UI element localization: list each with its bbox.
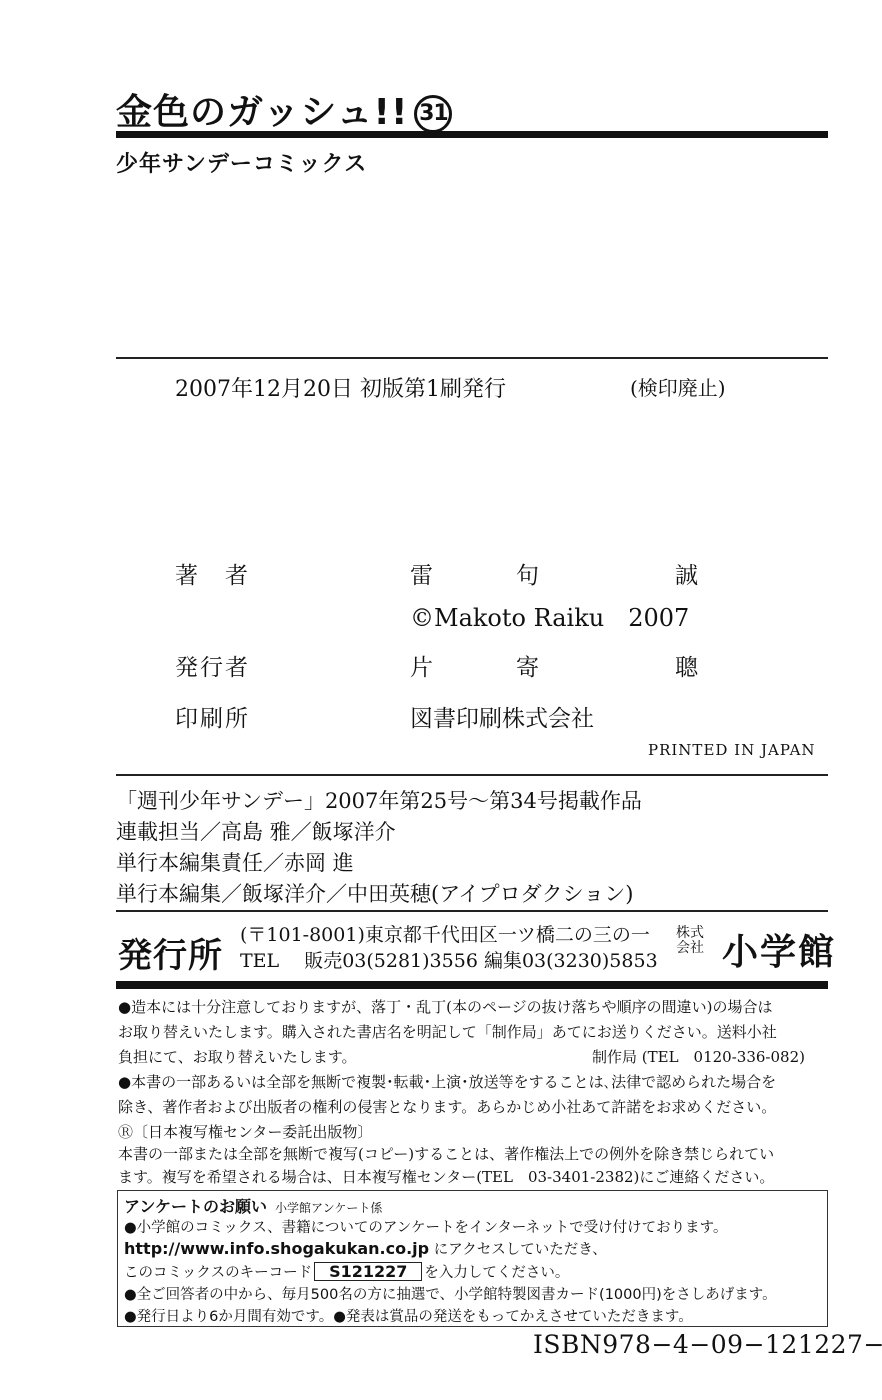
credit-value-publisher: 片 寄 聰 <box>410 649 728 682</box>
questionnaire-url-link[interactable]: http://www.info.shogakukan.co.jp <box>124 1239 429 1258</box>
credit-label-publisher: 発行者 <box>175 649 250 682</box>
notice-line: ます。複写を希望される場合は、日本複写権センター(TEL 03-3401-238… <box>118 1166 774 1187</box>
questionnaire-header: アンケートのお願い小学館アンケート係 <box>124 1194 382 1217</box>
notice-line: 負担にて、お取り替えいたします。 <box>118 1046 357 1067</box>
corp-type: 株式会社 <box>676 926 716 956</box>
notice-line: お取り替えいたします。購入された書店名を明記して「制作局」あてにお送りください。… <box>118 1021 777 1042</box>
publisher-tel: TEL 販売03(5281)3556 編集03(3230)5853 <box>240 946 658 973</box>
production-contact: 制作局 (TEL 0120-336-082) <box>592 1046 805 1067</box>
pubinfo-bottom-divider <box>116 910 828 912</box>
book-title: 金色のガッシュ!!31 <box>116 84 452 135</box>
questionnaire-url-line: http://www.info.shogakukan.co.jp にアクセスして… <box>124 1238 607 1259</box>
notice-line: 除き、著作者および出版者の権利の侵害となります。あらかじめ小社あて許諾をお求めく… <box>118 1096 776 1117</box>
printed-in-japan: PRINTED IN JAPAN <box>648 741 816 759</box>
credit-label-author: 著 者 <box>175 557 250 590</box>
questionnaire-line: ●発行日より6か月間有効です。●発表は賞品の発送をもってかえさせていただきます。 <box>124 1305 693 1326</box>
title-divider <box>116 131 828 138</box>
pubinfo-top-divider <box>116 774 828 776</box>
questionnaire-url-suffix: にアクセスしていただき、 <box>429 1242 607 1258</box>
publisher-name: 小学館 <box>722 924 836 975</box>
questionnaire-key-line: このコミックスのキーコードS121227を入力してください。 <box>124 1261 569 1282</box>
credit-label-printer: 印刷所 <box>175 700 250 733</box>
notice-line: 本書の一部または全部を無断で複写(コピー)することは、著作権法上での例外を除き禁… <box>118 1143 774 1164</box>
key-code-suffix: を入力してください。 <box>424 1265 569 1281</box>
copyright-center-label: Ⓡ〔日本複写権センター委託出版物〕 <box>118 1121 372 1142</box>
volume-editor-line: 単行本編集／飯塚洋介／中田英穂(アイプロダクション) <box>116 878 633 908</box>
edition-divider <box>116 357 828 359</box>
copyright-line: ©Makoto Raiku 2007 <box>410 598 689 633</box>
series-label: 少年サンデーコミックス <box>116 147 367 178</box>
notice-line: ●造本には十分注意しておりますが、落丁・乱丁(本のページの抜け落ちや順序の間違い… <box>118 996 773 1017</box>
isbn: ISBN978−4−09−121227−6 <box>533 1330 882 1359</box>
credit-value-author: 雷 句 誠 <box>410 557 728 590</box>
publisher-label: 発行所 <box>118 928 223 977</box>
serialization-line: 「週刊少年サンデー」2007年第25号～第34号掲載作品 <box>116 785 642 815</box>
publisher-divider <box>116 981 828 989</box>
chief-editor-line: 単行本編集責任／赤岡 進 <box>116 847 354 877</box>
notice-line: ●本書の一部あるいは全部を無断で複製･転載･上演･放送等をすることは､法律で認め… <box>118 1071 776 1092</box>
questionnaire-title: アンケートのお願い <box>124 1197 267 1216</box>
publisher-address: (〒101-8001)東京都千代田区一ツ橋二の三の一 <box>240 920 650 947</box>
key-code-box: S121227 <box>314 1262 422 1281</box>
stamp-note: (検印廃止) <box>630 372 726 401</box>
volume-number-badge: 31 <box>414 95 452 133</box>
questionnaire-line: ●全ご回答者の中から、毎月500名の方に抽選で、小学館特製図書カード(1000円… <box>124 1283 777 1304</box>
credit-value-printer: 図書印刷株式会社 <box>410 700 594 733</box>
book-title-text: 金色のガッシュ!! <box>116 92 408 133</box>
key-code-prefix: このコミックスのキーコード <box>124 1265 312 1281</box>
editor-line: 連載担当／高島 雅／飯塚洋介 <box>116 816 396 846</box>
questionnaire-line: ●小学館のコミックス、書籍についてのアンケートをインターネットで受け付けておりま… <box>124 1216 728 1237</box>
questionnaire-subtitle: 小学館アンケート係 <box>275 1201 382 1215</box>
edition-date: 2007年12月20日 初版第1刷発行 <box>175 372 506 403</box>
